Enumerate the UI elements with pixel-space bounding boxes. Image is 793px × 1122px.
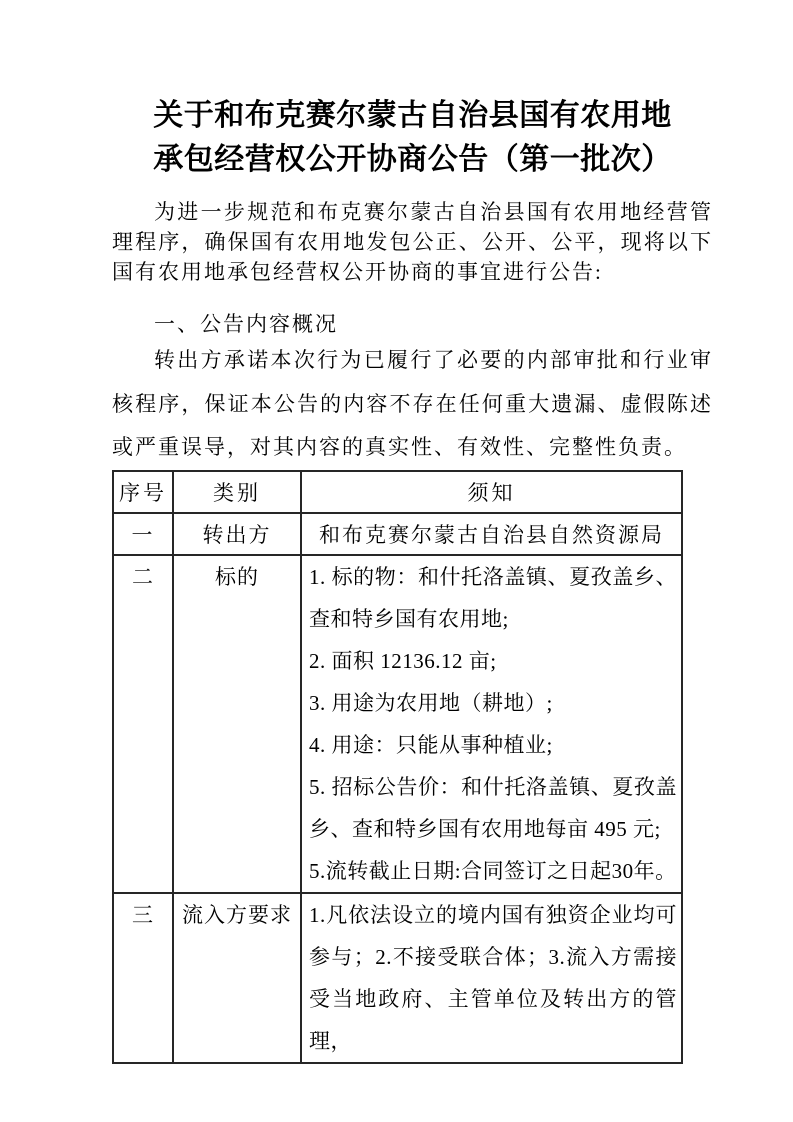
row-2-category: 标的 <box>173 555 301 893</box>
document-title: 关于和布克赛尔蒙古自治县国有农用地 承包经营权公开协商公告（第一批次） <box>112 94 713 182</box>
table-row: 三 流入方要求 1.凡依法设立的境内国有独资企业均可参与；2.不接受联合体；3.… <box>113 893 682 1063</box>
row-3-note-item: 1.凡依法设立的境内国有独资企业均可参与；2.不接受联合体；3.流入方需接受当地… <box>309 894 677 1062</box>
row-2-note-item: 5.流转截止日期:合同签订之日起30年。 <box>309 850 677 892</box>
document-title-line-2: 承包经营权公开协商公告（第一批次） <box>153 143 672 176</box>
table-header-no: 序号 <box>113 471 173 513</box>
row-1-number: 一 <box>113 513 173 555</box>
row-3-notes: 1.凡依法设立的境内国有独资企业均可参与；2.不接受联合体；3.流入方需接受当地… <box>301 893 682 1063</box>
row-2-note-item: 3. 用途为农用地（耕地）; <box>309 682 677 724</box>
section-heading: 一、公告内容概况 <box>112 309 713 339</box>
row-2-note-item: 2. 面积 12136.12 亩; <box>309 640 677 682</box>
row-2-category-text: 标的 <box>174 556 300 598</box>
row-2-note-item: 1. 标的物：和什托洛盖镇、夏孜盖乡、查和特乡国有农用地; <box>309 556 677 640</box>
table-header-category: 类别 <box>173 471 301 513</box>
row-2-note-item: 4. 用途：只能从事种植业; <box>309 724 677 766</box>
row-1-category: 转出方 <box>173 513 301 555</box>
row-2-notes: 1. 标的物：和什托洛盖镇、夏孜盖乡、查和特乡国有农用地; 2. 面积 1213… <box>301 555 682 893</box>
table-header-row: 序号 类别 须知 <box>113 471 682 513</box>
table-row: 二 标的 1. 标的物：和什托洛盖镇、夏孜盖乡、查和特乡国有农用地; 2. 面积… <box>113 555 682 893</box>
announcement-table: 序号 类别 须知 一 转出方 和布克赛尔蒙古自治县自然资源局 二 标的 1. 标… <box>112 470 683 1064</box>
row-2-note-item: 5. 招标公告价：和什托洛盖镇、夏孜盖乡、查和特乡国有农用地每亩 495 元; <box>309 766 677 850</box>
table-row: 一 转出方 和布克赛尔蒙古自治县自然资源局 <box>113 513 682 555</box>
commitment-paragraph: 转出方承诺本次行为已履行了必要的内部审批和行业审核程序，保证本公告的内容不存在任… <box>112 339 713 470</box>
row-2-number: 二 <box>113 555 173 893</box>
row-3-number: 三 <box>113 893 173 1063</box>
row-3-category-text: 流入方要求 <box>174 894 300 936</box>
row-3-number-text: 三 <box>114 894 172 936</box>
table-header-notes: 须知 <box>301 471 682 513</box>
document-title-line-1: 关于和布克赛尔蒙古自治县国有农用地 <box>153 99 672 132</box>
row-3-category: 流入方要求 <box>173 893 301 1063</box>
row-1-notes: 和布克赛尔蒙古自治县自然资源局 <box>301 513 682 555</box>
announcement-document-page: 关于和布克赛尔蒙古自治县国有农用地 承包经营权公开协商公告（第一批次） 为进一步… <box>0 0 793 1122</box>
row-2-number-text: 二 <box>114 556 172 598</box>
intro-paragraph: 为进一步规范和布克赛尔蒙古自治县国有农用地经营管理程序，确保国有农用地发包公正、… <box>112 197 713 287</box>
